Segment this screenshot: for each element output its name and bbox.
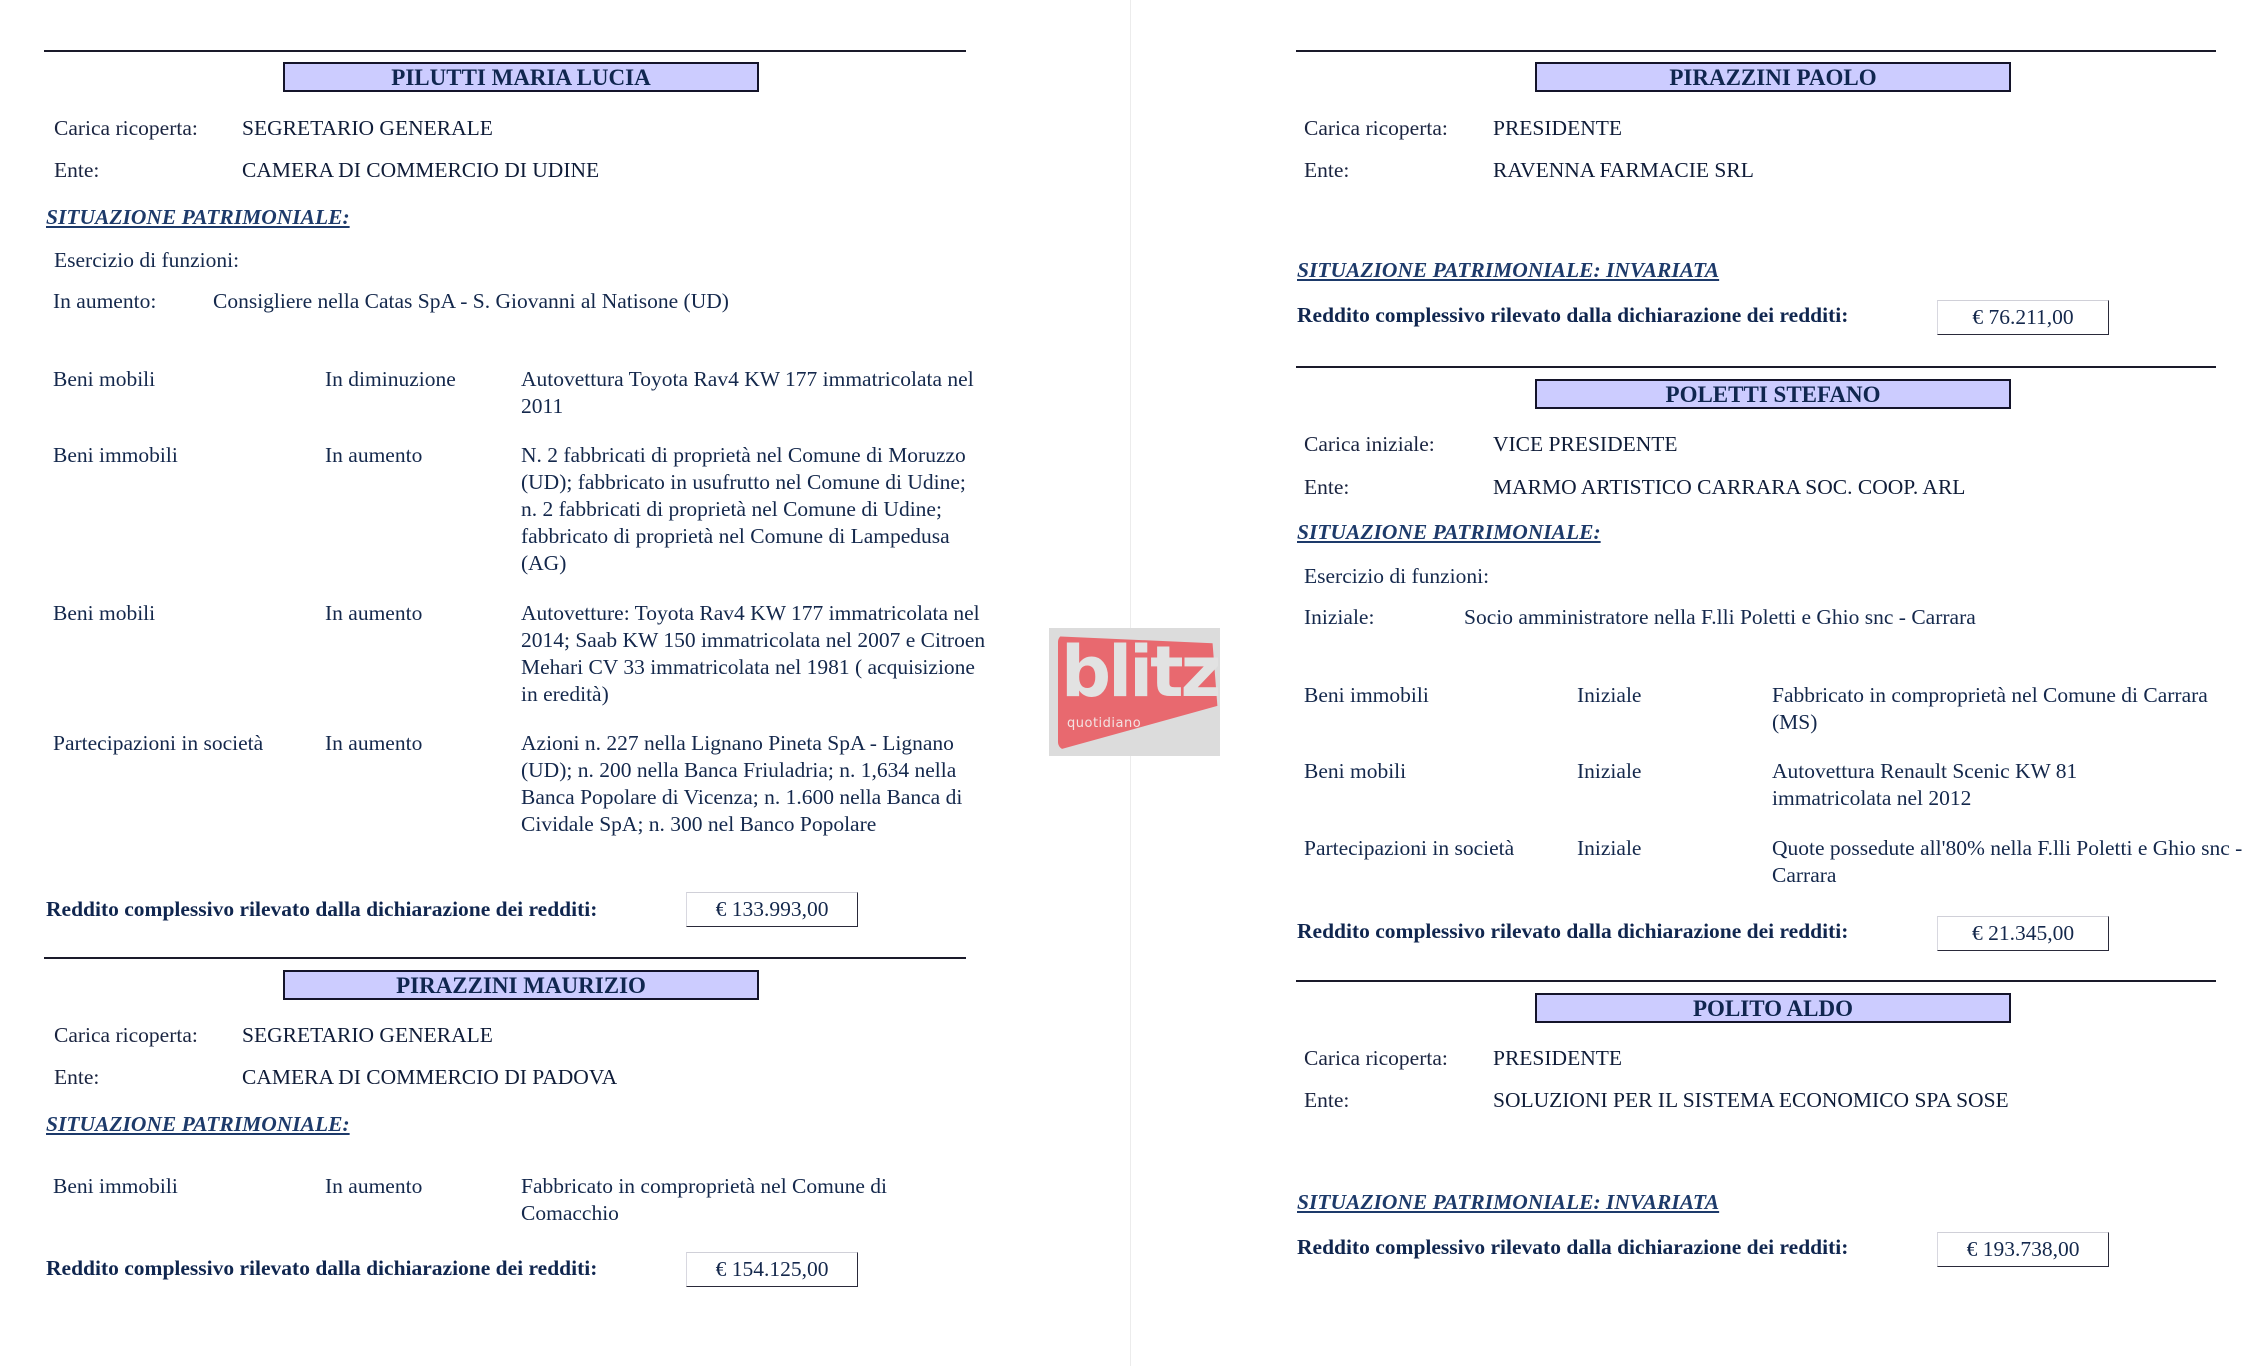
- ente-label: Ente:: [1304, 157, 1349, 184]
- ente-label: Ente:: [54, 157, 99, 184]
- asset-status: In aumento: [325, 1173, 422, 1200]
- section-heading-invariata: SITUAZIONE PATRIMONIALE: INVARIATA: [1297, 257, 1719, 284]
- logo-brand-text: blitz: [1061, 632, 1218, 712]
- reddito-label: Reddito complessivo rilevato dalla dichi…: [46, 896, 597, 923]
- asset-category: Partecipazioni in società: [1304, 835, 1514, 862]
- person-name-header: PIRAZZINI MAURIZIO: [283, 970, 759, 1000]
- carica-label: Carica iniziale:: [1304, 431, 1435, 458]
- carica-value: SEGRETARIO GENERALE: [242, 115, 493, 142]
- reddito-amount: € 133.993,00: [686, 892, 858, 927]
- funzioni-value: Consigliere nella Catas SpA - S. Giovann…: [213, 288, 729, 315]
- separator-line: [1296, 366, 2216, 368]
- reddito-amount: € 193.738,00: [1937, 1232, 2109, 1267]
- ente-label: Ente:: [54, 1064, 99, 1091]
- funzioni-value: Socio amministratore nella F.lli Poletti…: [1464, 604, 1976, 631]
- person-name-header: PILUTTI MARIA LUCIA: [283, 62, 759, 92]
- reddito-amount: € 21.345,00: [1937, 916, 2109, 951]
- section-heading-patrimoniale: SITUAZIONE PATRIMONIALE:: [46, 1111, 350, 1138]
- asset-status: In aumento: [325, 600, 422, 627]
- reddito-label: Reddito complessivo rilevato dalla dichi…: [1297, 918, 1848, 945]
- carica-value: PRESIDENTE: [1493, 115, 1622, 142]
- ente-value: SOLUZIONI PER IL SISTEMA ECONOMICO SPA S…: [1493, 1087, 2009, 1114]
- section-heading-invariata: SITUAZIONE PATRIMONIALE: INVARIATA: [1297, 1189, 1719, 1216]
- person-name-header: POLETTI STEFANO: [1535, 379, 2011, 409]
- ente-label: Ente:: [1304, 474, 1349, 501]
- asset-description: Autovettura Renault Scenic KW 81 immatri…: [1772, 758, 2152, 812]
- asset-description: Fabbricato in comproprietà nel Comune di…: [521, 1173, 961, 1227]
- carica-value: SEGRETARIO GENERALE: [242, 1022, 493, 1049]
- asset-status: Iniziale: [1577, 758, 1641, 785]
- asset-category: Beni mobili: [53, 600, 155, 627]
- person-name-header: POLITO ALDO: [1535, 993, 2011, 1023]
- ente-label: Ente:: [1304, 1087, 1349, 1114]
- ente-value: CAMERA DI COMMERCIO DI PADOVA: [242, 1064, 617, 1091]
- separator-line: [44, 957, 966, 959]
- reddito-amount: € 154.125,00: [686, 1252, 858, 1287]
- carica-label: Carica ricoperta:: [54, 1022, 198, 1049]
- asset-status: In diminuzione: [325, 366, 456, 393]
- carica-value: VICE PRESIDENTE: [1493, 431, 1678, 458]
- asset-category: Beni immobili: [53, 1173, 178, 1200]
- asset-category: Beni immobili: [1304, 682, 1429, 709]
- logo-tagline: quotidiano: [1067, 716, 1141, 731]
- asset-description: Quote possedute all'80% nella F.lli Pole…: [1772, 835, 2252, 889]
- reddito-amount: € 76.211,00: [1937, 300, 2109, 335]
- asset-description: N. 2 fabbricati di proprietà nel Comune …: [521, 442, 981, 577]
- asset-category: Beni immobili: [53, 442, 178, 469]
- asset-description: Autovettura Toyota Rav4 KW 177 immatrico…: [521, 366, 991, 420]
- asset-description: Fabbricato in comproprietà nel Comune di…: [1772, 682, 2212, 736]
- blitz-quotidiano-logo: blitz quotidiano: [1049, 628, 1220, 756]
- person-name-header: PIRAZZINI PAOLO: [1535, 62, 2011, 92]
- funzioni-status: In aumento:: [53, 288, 156, 315]
- separator-line: [1296, 980, 2216, 982]
- carica-label: Carica ricoperta:: [1304, 115, 1448, 142]
- ente-value: MARMO ARTISTICO CARRARA SOC. COOP. ARL: [1493, 474, 1965, 501]
- ente-value: RAVENNA FARMACIE SRL: [1493, 157, 1754, 184]
- section-heading-patrimoniale: SITUAZIONE PATRIMONIALE:: [1297, 519, 1601, 546]
- carica-label: Carica ricoperta:: [54, 115, 198, 142]
- asset-status: Iniziale: [1577, 682, 1641, 709]
- reddito-label: Reddito complessivo rilevato dalla dichi…: [46, 1255, 597, 1282]
- asset-status: In aumento: [325, 730, 422, 757]
- separator-line: [44, 50, 966, 52]
- asset-status: Iniziale: [1577, 835, 1641, 862]
- reddito-label: Reddito complessivo rilevato dalla dichi…: [1297, 1234, 1848, 1261]
- esercizio-funzioni-label: Esercizio di funzioni:: [1304, 563, 1489, 590]
- section-heading-patrimoniale: SITUAZIONE PATRIMONIALE:: [46, 204, 350, 231]
- asset-category: Partecipazioni in società: [53, 730, 263, 757]
- carica-value: PRESIDENTE: [1493, 1045, 1622, 1072]
- asset-description: Azioni n. 227 nella Lignano Pineta SpA -…: [521, 730, 981, 838]
- asset-category: Beni mobili: [53, 366, 155, 393]
- reddito-label: Reddito complessivo rilevato dalla dichi…: [1297, 302, 1848, 329]
- ente-value: CAMERA DI COMMERCIO DI UDINE: [242, 157, 599, 184]
- asset-description: Autovetture: Toyota Rav4 KW 177 immatric…: [521, 600, 986, 708]
- asset-category: Beni mobili: [1304, 758, 1406, 785]
- funzioni-status: Iniziale:: [1304, 604, 1374, 631]
- separator-line: [1296, 50, 2216, 52]
- esercizio-funzioni-label: Esercizio di funzioni:: [54, 247, 239, 274]
- carica-label: Carica ricoperta:: [1304, 1045, 1448, 1072]
- asset-status: In aumento: [325, 442, 422, 469]
